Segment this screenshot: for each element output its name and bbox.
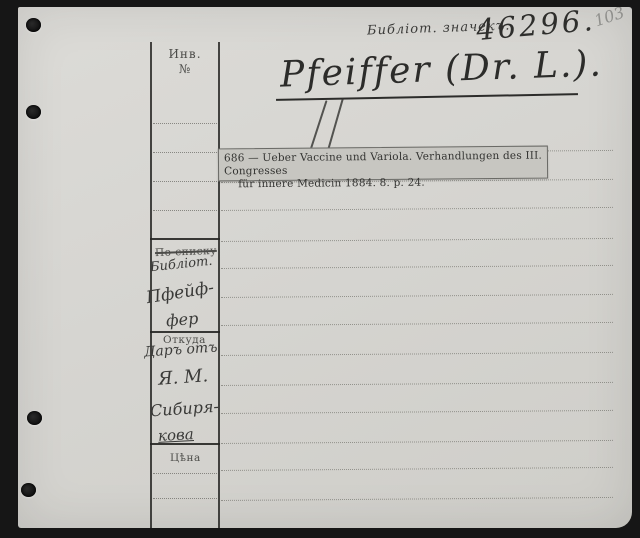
price-label: Цѣна [170,452,201,464]
ruled-line [221,294,613,298]
punch-hole [21,483,36,497]
column-ruled-line [153,123,217,124]
inventory-label-top: Инв. [150,47,220,62]
slip-line-1: 686 — Ueber Vaccine und Variola. Verhand… [224,150,543,179]
column-left-rule [150,42,152,528]
origin-handwriting-1: Даръ отъ [144,339,218,360]
origin-handwriting-3: Сибиря- [149,397,219,421]
ruled-line [221,265,613,269]
ruled-line [221,352,613,356]
inventory-number-handwriting: 46296. [475,7,597,47]
column-ruled-line [153,473,217,474]
origin-handwriting-4: кова [158,425,195,445]
inventory-label-number-sign: № [150,62,220,77]
catalog-card: Инв. № 103 Библіот. значекъ. 46296. [18,7,632,528]
ruled-line [221,207,613,211]
column-separator [150,238,220,240]
column-ruled-line [153,498,217,499]
ruled-line [221,382,613,386]
column-handwriting-name-2: фер [165,309,199,331]
ruled-line [221,467,613,471]
pasted-title-slip: 686 — Ueber Vaccine und Variola. Verhand… [218,146,548,182]
slip-line-2: für innere Medicin 1884. 8. p. 24. [224,176,543,192]
author-heading-handwriting: Pfeiffer (Dr. L.). [279,43,603,95]
column-ruled-line [153,181,217,182]
author-underline [276,93,578,101]
pen-flourish [326,98,344,154]
column-handwriting-name-1: Пфейф- [145,278,215,308]
punch-hole [27,411,42,425]
ruled-line [221,440,613,444]
pencil-corner-number: 103 [592,7,627,30]
origin-handwriting-2: Я. М. [157,365,208,389]
column-right-rule [218,42,220,528]
column-separator [150,331,220,333]
scan-background: Инв. № 103 Библіот. значекъ. 46296. [0,0,640,538]
punch-hole [26,105,41,119]
ruled-line [221,497,613,501]
ruled-line [221,410,613,414]
column-ruled-line [153,210,217,211]
punch-hole [26,18,41,32]
ruled-line [221,322,613,326]
inventory-column-header: Инв. № [150,47,220,77]
ruled-line [221,238,613,242]
column-ruled-line [153,152,217,153]
